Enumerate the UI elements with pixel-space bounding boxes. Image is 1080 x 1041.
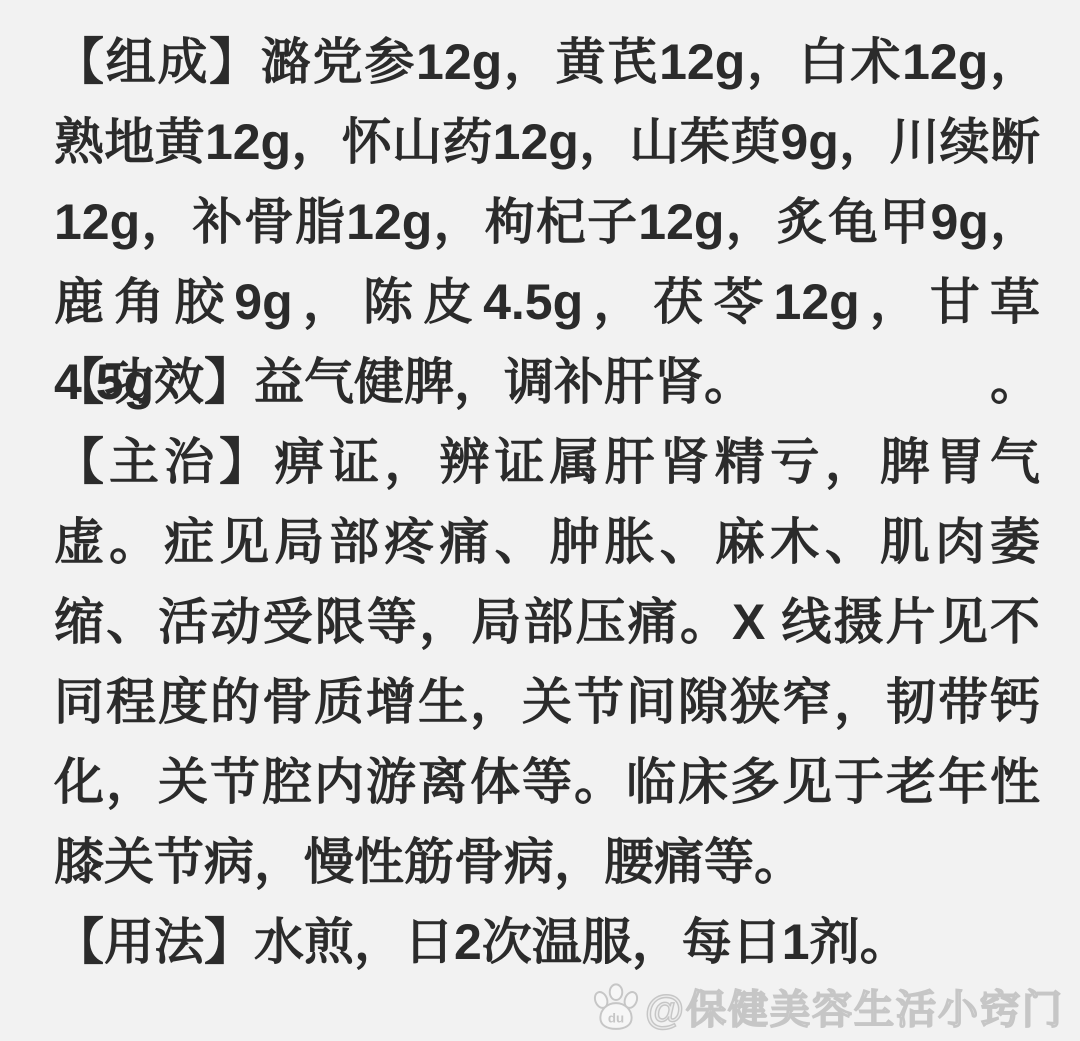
watermark-handle: @保健美容生活小窍门: [645, 978, 1064, 1035]
text-line-indications-3: 缩、活动受限等，局部压痛。X 线摄片见不: [54, 582, 1040, 662]
text-line-composition-1: 【组成】潞党参12g，黄芪12g，白术12g，: [54, 22, 1040, 102]
text-line-indications-6: 膝关节病，慢性筋骨病，腰痛等。: [54, 822, 1040, 902]
text-line-indications-1: 【主治】痹证，辨证属肝肾精亏，脾胃气: [54, 422, 1040, 502]
text-line-composition-4: 鹿角胶9g，陈皮4.5g，茯苓12g，甘草4.5g。: [54, 262, 1040, 342]
prescription-text: 【组成】潞党参12g，黄芪12g，白术12g， 熟地黄12g，怀山药12g，山茱…: [54, 22, 1040, 982]
paw-icon-du-label: du: [608, 1010, 624, 1025]
text-line-usage: 【用法】水煎，日2次温服，每日1剂。: [54, 902, 1040, 982]
prescription-image: { "page": { "background_color": "#f2f2f2…: [0, 0, 1080, 1041]
text-line-composition-3: 12g，补骨脂12g，枸杞子12g，炙龟甲9g，: [54, 182, 1040, 262]
baidu-paw-icon: du: [591, 982, 641, 1032]
text-line-indications-5: 化，关节腔内游离体等。临床多见于老年性: [54, 742, 1040, 822]
watermark: du @保健美容生活小窍门: [591, 978, 1064, 1035]
text-line-indications-4: 同程度的骨质增生，关节间隙狭窄，韧带钙: [54, 662, 1040, 742]
text-line-composition-2: 熟地黄12g，怀山药12g，山茱萸9g，川续断: [54, 102, 1040, 182]
text-line-indications-2: 虚。症见局部疼痛、肿胀、麻木、肌肉萎: [54, 502, 1040, 582]
